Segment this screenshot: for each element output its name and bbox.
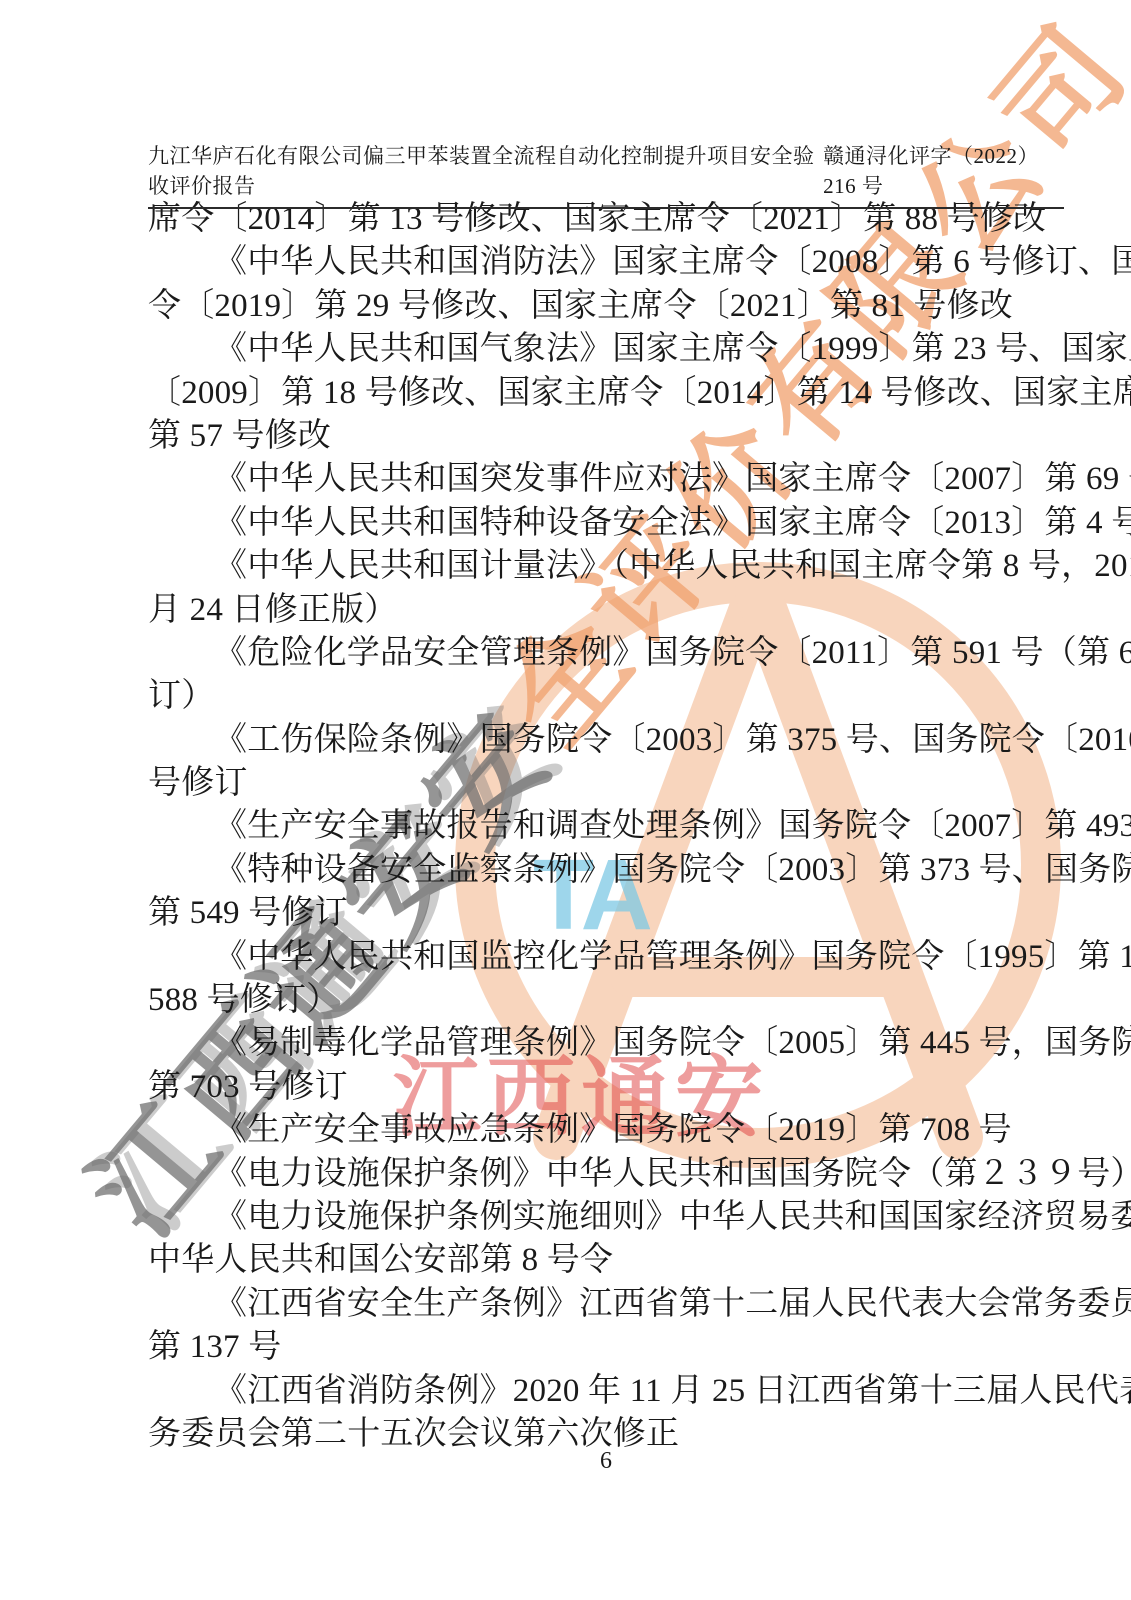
text-line: 《江西省消防条例》2020 年 11 月 25 日江西省第十三届人民代表大会常 xyxy=(148,1370,1066,1413)
text-line: 《中华人民共和国消防法》国家主席令〔2008〕第 6 号修订、国家主席 xyxy=(148,241,1066,284)
page-number: 6 xyxy=(148,1448,1064,1475)
text-line: 〔2009〕第 18 号修改、国家主席令〔2014〕第 14 号修改、国家主席令… xyxy=(148,372,1066,415)
text-line: 《中华人民共和国计量法》（中华人民共和国主席令第 8 号，2015 年 4 xyxy=(148,545,1066,588)
text-line: 第 703 号修订 xyxy=(148,1066,1066,1109)
text-line: 《中华人民共和国突发事件应对法》国家主席令〔2007〕第 69 号 xyxy=(148,458,1066,501)
text-line: 令〔2019〕第 29 号修改、国家主席令〔2021〕第 81 号修改 xyxy=(148,285,1066,328)
text-line: 《电力设施保护条例》中华人民共和国国务院令（第２３９号） xyxy=(148,1153,1066,1196)
text-line: 订） xyxy=(148,675,1066,718)
text-line: 第 549 号修订 xyxy=(148,892,1066,935)
text-line: 《中华人民共和国特种设备安全法》国家主席令〔2013〕第 4 号 xyxy=(148,502,1066,545)
text-line: 第 57 号修改 xyxy=(148,415,1066,458)
text-line: 《工伤保险条例》国务院令〔2003〕第 375 号、国务院令〔2010〕第 58… xyxy=(148,719,1066,762)
document-page: 江西通安安全评价有限公司 TA 江西通安 九江华庐石化有限公司偏三甲苯装置全流程… xyxy=(0,0,1131,1600)
text-line: 第 137 号 xyxy=(148,1326,1066,1369)
text-line: 《中华人民共和国监控化学品管理条例》国务院令〔1995〕第 190 号（第 xyxy=(148,936,1066,979)
text-line: 《危险化学品安全管理条例》国务院令〔2011〕第 591 号（第 645 号修 xyxy=(148,632,1066,675)
text-line: 《生产安全事故报告和调查处理条例》国务院令〔2007〕第 493 号 xyxy=(148,805,1066,848)
page-header: 九江华庐石化有限公司偏三甲苯装置全流程自动化控制提升项目安全验收评价报告 赣通浔… xyxy=(148,140,1064,209)
text-line: 588 号修订） xyxy=(148,979,1066,1022)
text-line: 中华人民共和国公安部第 8 号令 xyxy=(148,1239,1066,1282)
header-doc-number: 赣通浔化评字（2022）216 号 xyxy=(823,140,1064,200)
body-lines: 席令〔2014〕第 13 号修改、国家主席令〔2021〕第 88 号修改《中华人… xyxy=(148,198,1066,1456)
text-line: 《特种设备安全监察条例》国务院令〔2003〕第 373 号、国务院令〔2009〕 xyxy=(148,849,1066,892)
text-line: 《中华人民共和国气象法》国家主席令〔1999〕第 23 号、国家主席令 xyxy=(148,328,1066,371)
text-line: 《生产安全事故应急条例》国务院令〔2019〕第 708 号 xyxy=(148,1109,1066,1152)
header-title: 九江华庐石化有限公司偏三甲苯装置全流程自动化控制提升项目安全验收评价报告 xyxy=(148,140,823,200)
text-line: 号修订 xyxy=(148,762,1066,805)
text-line: 《江西省安全生产条例》江西省第十二届人民代表大会常务委员会公告 xyxy=(148,1283,1066,1326)
text-line: 《电力设施保护条例实施细则》中华人民共和国国家经济贸易委员会、 xyxy=(148,1196,1066,1239)
text-line: 月 24 日修正版） xyxy=(148,589,1066,632)
text-line: 《易制毒化学品管理条例》国务院令〔2005〕第 445 号，国务院令〔2018〕 xyxy=(148,1022,1066,1065)
